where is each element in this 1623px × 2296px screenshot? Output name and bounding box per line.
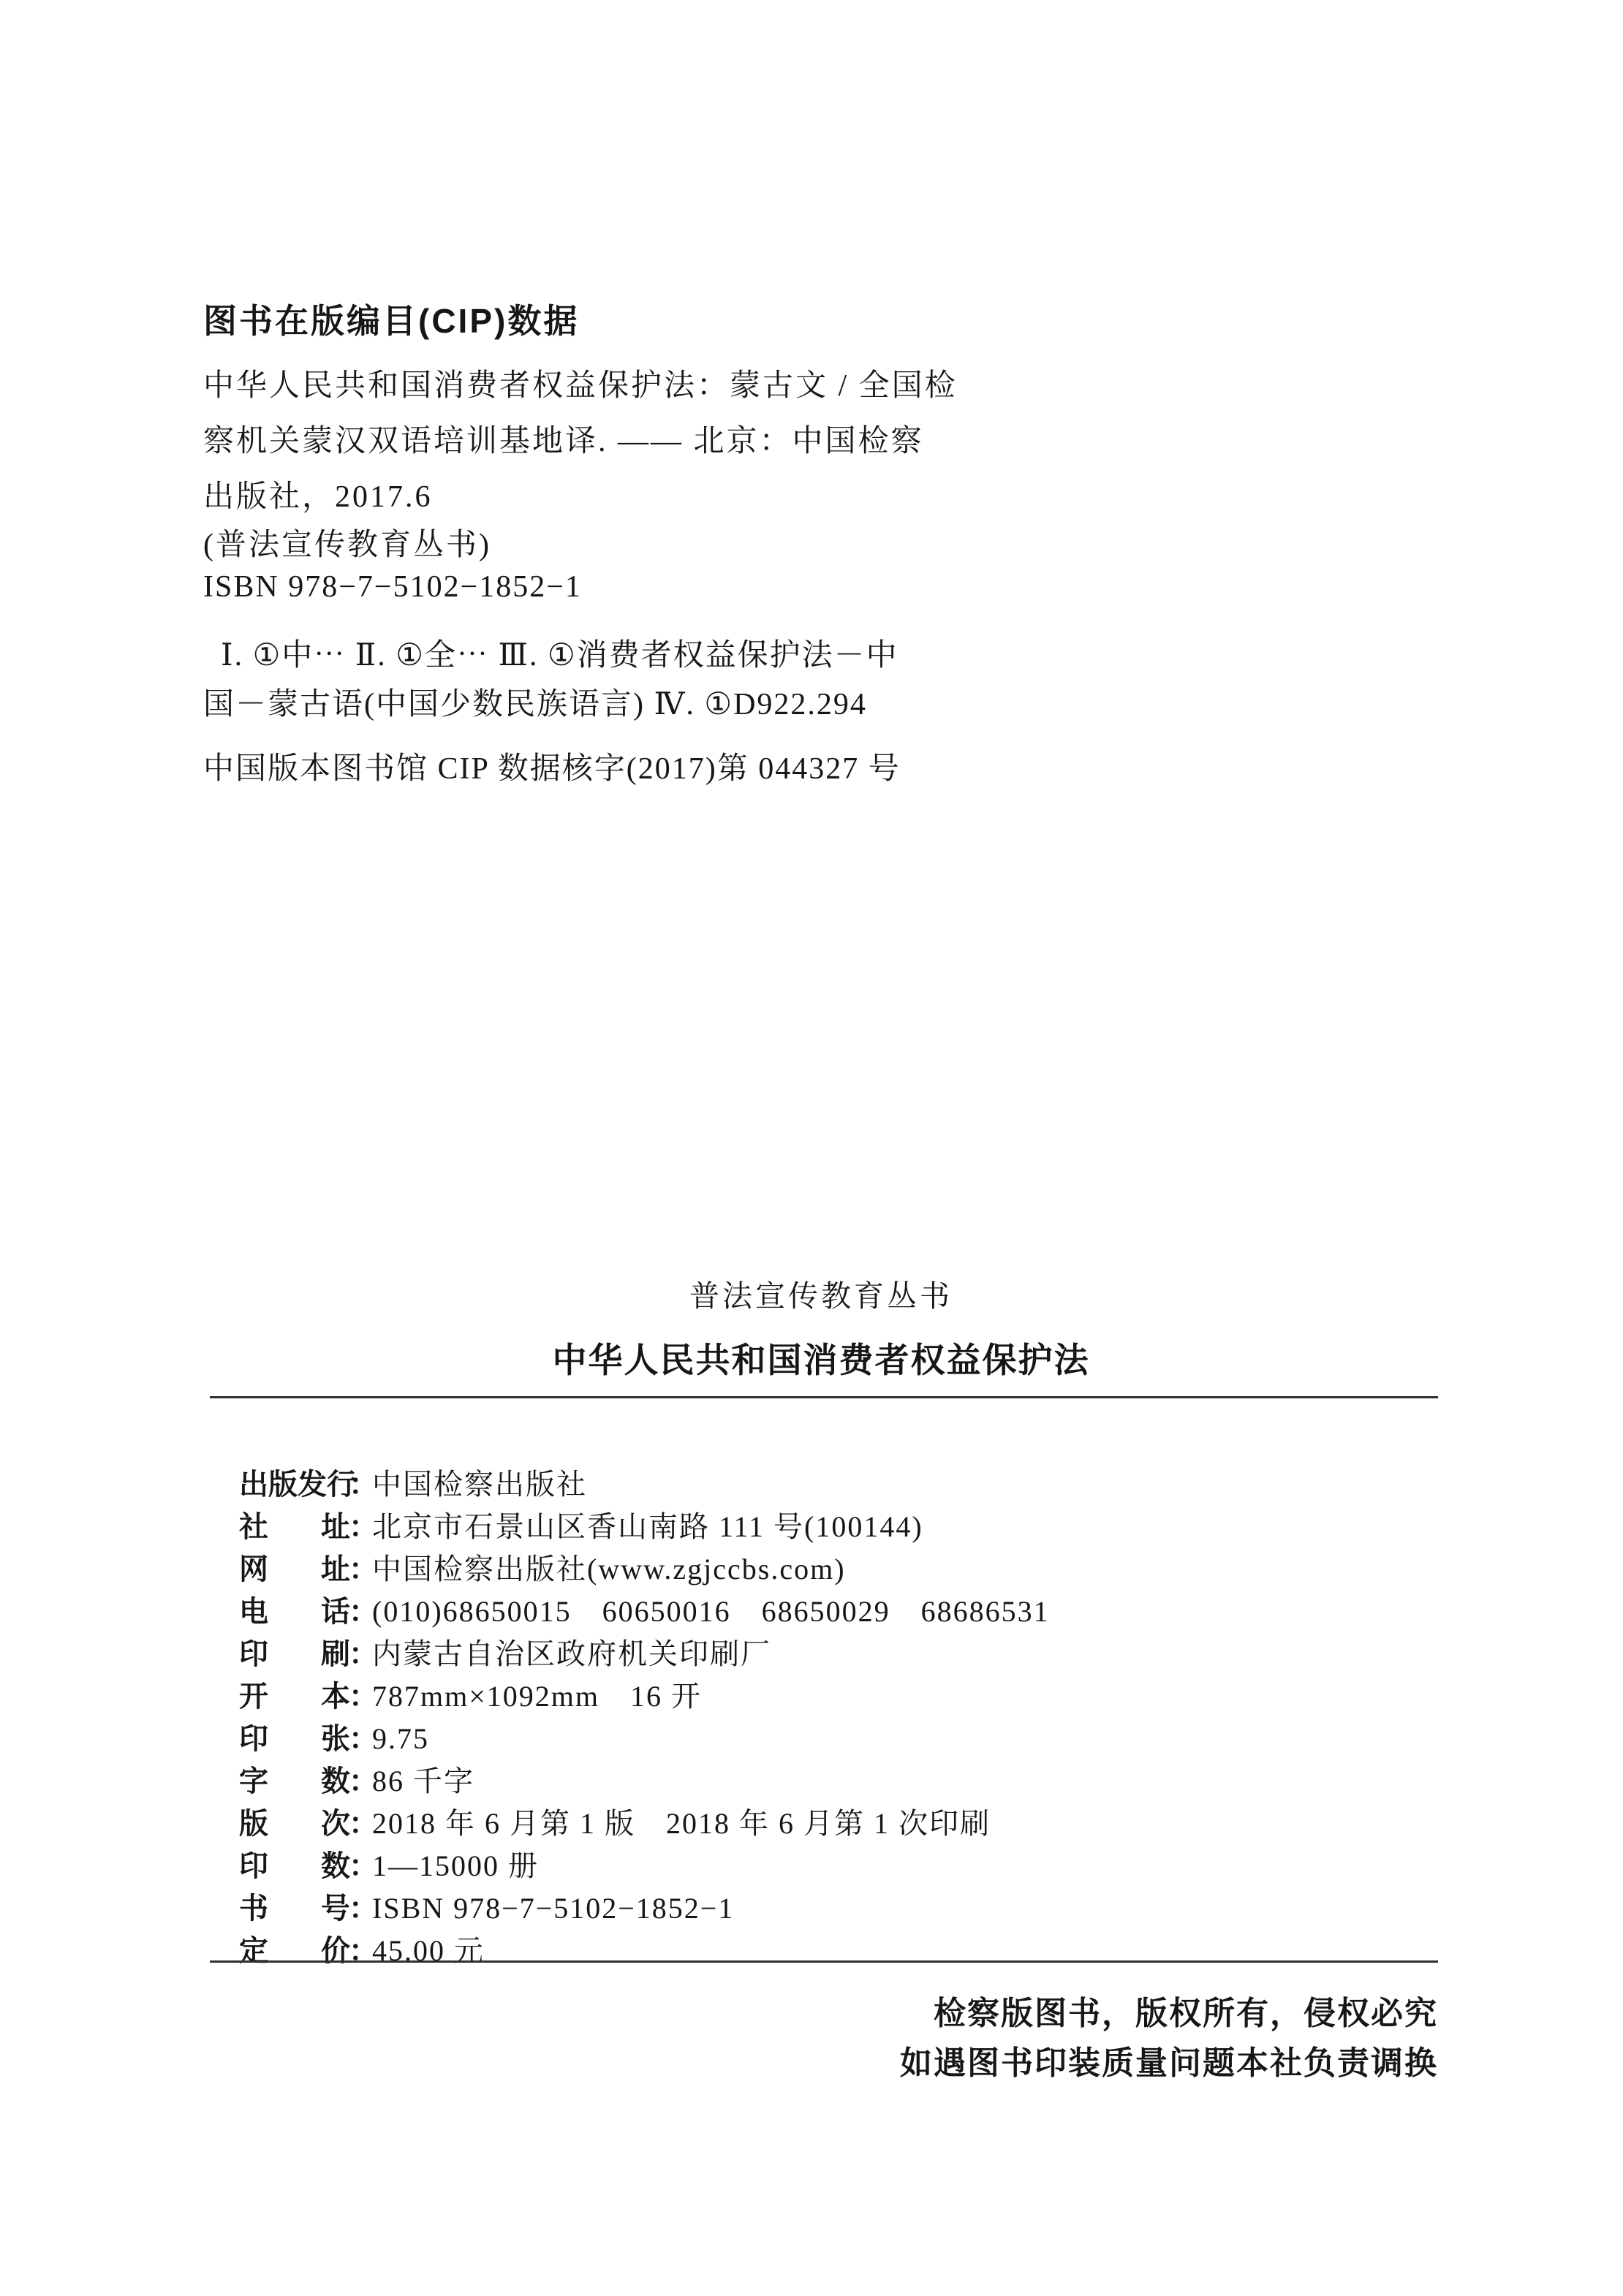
divider-top-rule xyxy=(210,1396,1438,1398)
cip-paragraph-line-2: 察机关蒙汉双语培训基地译. —— 北京：中国检察 xyxy=(203,417,924,461)
series-title: 普法宣传教育丛书 xyxy=(203,1272,1439,1315)
cip-classification-line-2: 国－蒙古语(中国少数民族语言) Ⅳ. ①D922.294 xyxy=(203,680,867,724)
cip-paragraph-line-3: 出版社，2017.6 xyxy=(203,472,433,516)
copyright-page: 图书在版编目(CIP)数据 中华人民共和国消费者权益保护法：蒙古文 / 全国检 … xyxy=(0,0,1623,2296)
copyright-notice: 检察版图书，版权所有，侵权必究 xyxy=(210,1987,1438,2034)
cip-classification-line-1: Ⅰ. ①中⋯ Ⅱ. ①全⋯ Ⅲ. ①消费者权益保护法－中 xyxy=(221,631,898,675)
cip-record-number: 中国版本图书馆 CIP 数据核字(2017)第 044327 号 xyxy=(203,744,901,788)
divider-bottom-rule xyxy=(210,1960,1438,1963)
quality-exchange-notice: 如遇图书印装质量问题本社负责调换 xyxy=(210,2037,1438,2083)
cip-heading: 图书在版编目(CIP)数据 xyxy=(203,295,579,343)
cip-series-note: (普法宣传教育丛书) xyxy=(203,520,491,564)
book-title: 中华人民共和国消费者权益保护法 xyxy=(203,1333,1439,1382)
cip-paragraph-line-1: 中华人民共和国消费者权益保护法：蒙古文 / 全国检 xyxy=(203,361,958,405)
cip-isbn-line: ISBN 978−7−5102−1852−1 xyxy=(203,569,582,605)
pub-row-label: 定价 xyxy=(239,1928,350,1969)
